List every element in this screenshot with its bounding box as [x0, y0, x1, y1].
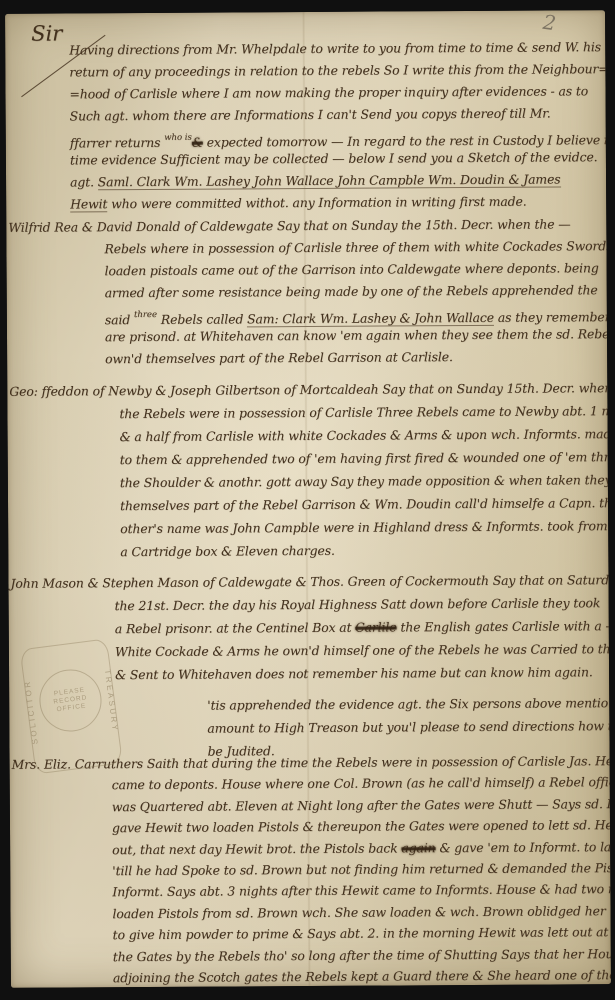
manuscript-line: a Cartridge box & Eleven charges.	[10, 537, 604, 564]
manuscript-text: out, that next day Hewit brot. the Pisto…	[112, 840, 401, 857]
manuscript-text: agt.	[70, 174, 98, 189]
manuscript-line: Such agt. whom there are Informations I …	[70, 102, 602, 127]
manuscript-text: gave Hewit two loaden Pistols & thereupo…	[112, 817, 611, 835]
manuscript-text: a Rebel prisonr. at the Centinel Box at	[115, 620, 356, 636]
manuscript-text: amount to High Treason but you'l please …	[207, 718, 611, 736]
manuscript-line: 'tis apprehended the evidence agt. the S…	[207, 691, 599, 716]
manuscript-text: 'tis apprehended the evidence agt. the S…	[207, 695, 611, 713]
manuscript-text: Informt. Says abt. 3 nights after this H…	[112, 881, 611, 899]
underlined-names: Saml. Clark Wm. Lashey John Wallace John…	[98, 171, 561, 190]
letter-paragraph-feddon-gilbertson: Geo: ffeddon of Newby & Joseph Gilbertso…	[9, 376, 604, 564]
manuscript-text: Rebels where in possession of Carlisle t…	[104, 238, 611, 256]
struck-through-text: Carlile	[355, 619, 396, 634]
manuscript-text: loaden pistoals came out of the Garrison…	[105, 260, 599, 278]
manuscript-text: who were committed withot. any Informati…	[107, 194, 526, 212]
manuscript-text: time evidence Sufficient may be collecte…	[70, 149, 598, 167]
manuscript-line: ffarrer returns who is& expected tomorro…	[70, 124, 602, 149]
manuscript-line: & Sent to Whitehaven does not remember h…	[11, 660, 605, 687]
letter-paragraph-opening: Having directions from Mr. Whelpdale to …	[69, 36, 602, 215]
manuscript-line: own'd themselves part of the Rebel Garri…	[9, 345, 603, 371]
manuscript-text: own'd themselves part of the Rebel Garri…	[105, 349, 453, 366]
struck-through-text: &	[192, 135, 203, 150]
manuscript-text: Wilfrid Rea & David Donald of Caldewgate…	[8, 216, 570, 234]
manuscript-text: White Cockade & Arms he own'd himself on…	[115, 641, 611, 659]
manuscript-text: Geo: ffeddon of Newby & Joseph Gilbertso…	[9, 380, 611, 399]
manuscript-line: Hewit who were committed withot. any Inf…	[70, 190, 602, 215]
manuscript-line: amount to High Treason but you'l please …	[207, 714, 599, 739]
manuscript-line: time evidence Sufficient may be collecte…	[70, 146, 602, 171]
manuscript-line: Having directions from Mr. Whelpdale to …	[69, 36, 601, 61]
manuscript-text: the 21st. Decr. the day his Royal Highne…	[115, 595, 601, 613]
manuscript-text: Mrs. Eliz. Carruthers Saith that during …	[12, 753, 611, 772]
manuscript-text: the Shoulder & anothr. gott away Say the…	[120, 472, 611, 490]
salutation: Sir	[31, 21, 62, 45]
manuscript-paper: Sir 2 Having directions from Mr. Whelpda…	[5, 10, 611, 988]
manuscript-line: to give him powder to prime & Says abt. …	[13, 921, 607, 946]
manuscript-line: =hood of Carlisle where I am now making …	[69, 80, 601, 105]
manuscript-text: a Cartridge box & Eleven charges.	[120, 543, 335, 559]
manuscript-text: to give him powder to prime & Says abt. …	[113, 924, 609, 942]
letter-paragraph-mason-green: John Mason & Stephen Mason of Caldewgate…	[10, 568, 605, 687]
scanned-manuscript-page: { "page": { "number": "2" }, "colors": {…	[0, 0, 615, 1000]
manuscript-text: adjoining the Scotch gates the Rebels ke…	[113, 967, 611, 985]
manuscript-text: 'till he had Spoke to sd. Brown but not …	[112, 860, 611, 878]
manuscript-text: are prisond. at Whitehaven can know 'em …	[105, 326, 611, 344]
manuscript-line: gave Hewit two loaden Pistols & thereupo…	[12, 814, 606, 839]
stamp-center-line: OFFICE	[56, 703, 87, 715]
inserted-text: who is	[164, 133, 192, 143]
manuscript-text: loaden Pistols from sd. Brown wch. She s…	[112, 903, 605, 921]
letter-paragraph-carruthers: Mrs. Eliz. Carruthers Saith that during …	[12, 750, 607, 988]
struck-through-text: again	[401, 840, 435, 855]
manuscript-line: agt. Saml. Clark Wm. Lashey John Wallace…	[70, 168, 602, 193]
manuscript-text: the Rebels were in possession of Carlisl…	[119, 403, 611, 421]
manuscript-text: =hood of Carlisle where I am now making …	[69, 83, 588, 101]
manuscript-line: other's name was John Campble were in Hi…	[10, 514, 604, 541]
manuscript-text: came to deponts. House where one Col. Br…	[112, 774, 611, 792]
manuscript-text: armed after some resistance being made b…	[105, 282, 598, 300]
manuscript-text: themselves part of the Rebel Garrison & …	[120, 495, 611, 513]
manuscript-text: said	[105, 312, 134, 327]
manuscript-text: & gave 'em to Informt. to lay by	[436, 839, 611, 855]
manuscript-line: are prisond. at Whitehaven can know 'em …	[9, 323, 603, 349]
page-number-pencil: 2	[542, 10, 558, 35]
manuscript-text: & a half from Carlisle with white Cockad…	[120, 426, 611, 444]
manuscript-text: & Sent to Whitehaven does not remember h…	[115, 664, 593, 682]
manuscript-text: to them & apprehended two of 'em having …	[120, 449, 611, 467]
letter-paragraph-rea-donald: Wilfrid Rea & David Donald of Caldewgate…	[8, 213, 603, 371]
underlined-names: Hewit	[70, 196, 107, 212]
manuscript-text: Such agt. whom there are Informations I …	[70, 106, 551, 124]
manuscript-text: return of any proceedings in relation to…	[69, 61, 608, 79]
manuscript-line: adjoining the Scotch gates the Rebels ke…	[13, 964, 607, 988]
manuscript-text: Having directions from Mr. Whelpdale to …	[69, 39, 601, 57]
manuscript-text: other's name was John Campble were in Hi…	[120, 518, 611, 536]
manuscript-text: the Gates by the Rebels tho' so long aft…	[113, 945, 611, 963]
manuscript-text: was Quartered abt. Eleven at Night long …	[112, 796, 611, 814]
manuscript-text: the English gates Carlisle with a —	[397, 618, 611, 634]
inserted-text: three	[134, 310, 157, 320]
manuscript-text: John Mason & Stephen Mason of Caldewgate…	[10, 572, 611, 591]
manuscript-line: return of any proceedings in relation to…	[69, 58, 601, 83]
stamp-center-line: RECORD	[53, 694, 88, 706]
stamp-center-line: PLEASE	[53, 687, 85, 699]
